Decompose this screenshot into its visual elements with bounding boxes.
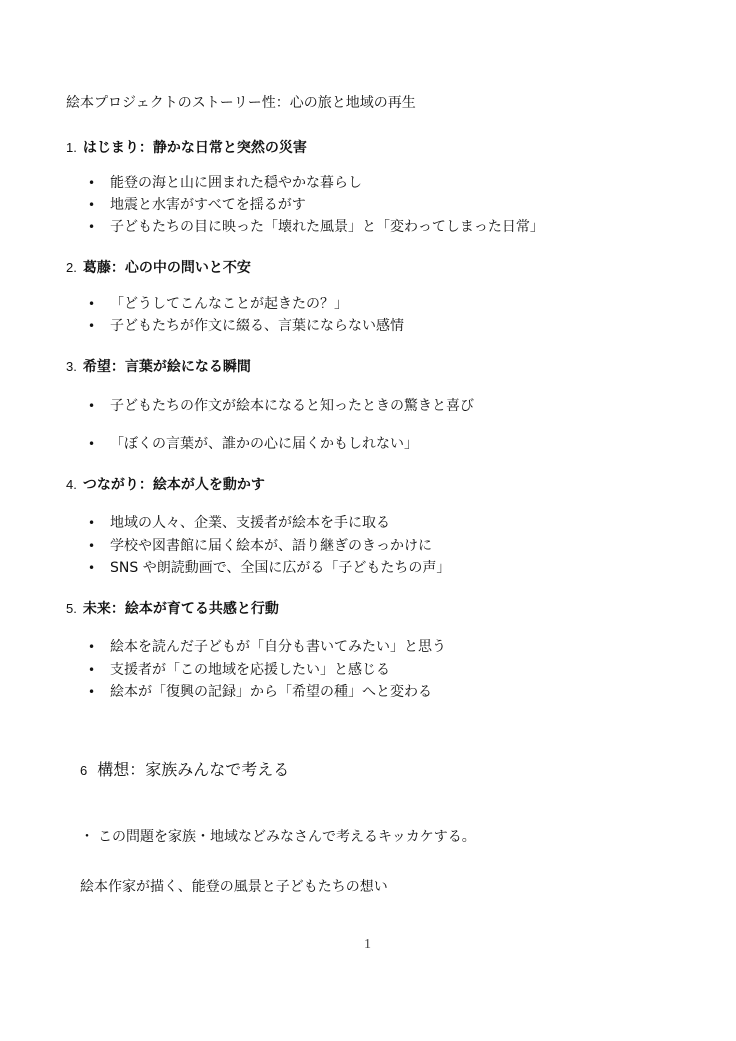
section-number: 5. xyxy=(66,601,77,616)
list-item-text: 地震と水害がすべてを揺るがす xyxy=(110,197,306,213)
section-4-heading: 4.つながり：絵本が人を動かす xyxy=(66,474,265,494)
bullet-icon: • xyxy=(88,297,110,311)
list-item: •SNS や朗読動画で、全国に広がる「子どもたちの声」 xyxy=(88,557,450,577)
section-number: 1. xyxy=(66,140,77,155)
section-6-heading: 6構想：家族みんなで考える xyxy=(80,757,289,780)
caption-text: 絵本作家が描く、能登の風景と子どもたちの想い xyxy=(80,876,388,896)
section-heading-text: 未来：絵本が育てる共感と行動 xyxy=(83,601,279,617)
list-item-text: SNS や朗読動画で、全国に広がる「子どもたちの声」 xyxy=(110,560,450,576)
list-item-text: 子どもたちが作文に綴る、言葉にならない感情 xyxy=(110,318,404,334)
section-heading-text: 希望：言葉が絵になる瞬間 xyxy=(83,359,251,375)
bullet-icon: • xyxy=(88,399,110,413)
list-item-text: 能登の海と山に囲まれた穏やかな暮らし xyxy=(110,175,362,191)
list-item-text: 学校や図書館に届く絵本が、語り継ぎのきっかけに xyxy=(110,538,432,554)
list-item-text: 「どうしてこんなことが起きたの？」 xyxy=(110,296,348,312)
document-page: 絵本プロジェクトのストーリー性：心の旅と地域の再生 1.はじまり：静かな日常と突… xyxy=(0,0,736,1041)
bullet-icon: • xyxy=(88,685,110,699)
list-item: •支援者が「この地域を応援したい」と感じる xyxy=(88,659,390,679)
bullet-icon: • xyxy=(88,561,110,575)
list-item: •能登の海と山に囲まれた穏やかな暮らし xyxy=(88,172,362,192)
section-1-heading: 1.はじまり：静かな日常と突然の災害 xyxy=(66,137,307,157)
list-item-text: 子どもたちの目に映った「壊れた風景」と「変わってしまった日常」 xyxy=(110,219,544,235)
bullet-icon: • xyxy=(88,198,110,212)
section-heading-text: 構想：家族みんなで考える xyxy=(97,760,289,779)
list-item: •学校や図書館に届く絵本が、語り継ぎのきっかけに xyxy=(88,535,432,555)
section-heading-text: つながり：絵本が人を動かす xyxy=(83,477,265,493)
list-item-text: 支援者が「この地域を応援したい」と感じる xyxy=(110,662,390,678)
bullet-icon: • xyxy=(88,516,110,530)
section-number: 4. xyxy=(66,477,77,492)
section-heading-text: はじまり：静かな日常と突然の災害 xyxy=(83,140,307,156)
list-item: •地域の人々、企業、支援者が絵本を手に取る xyxy=(88,512,390,532)
list-item-text: 「ぼくの言葉が、誰かの心に届くかもしれない」 xyxy=(110,436,418,452)
list-item-text: 絵本が「復興の記録」から「希望の種」へと変わる xyxy=(110,684,432,700)
bullet-icon: • xyxy=(88,640,110,654)
list-item: •子どもたちの目に映った「壊れた風景」と「変わってしまった日常」 xyxy=(88,216,544,236)
list-item: •地震と水害がすべてを揺るがす xyxy=(88,194,306,214)
section-2-heading: 2.葛藤：心の中の問いと不安 xyxy=(66,257,251,277)
note-text: この問題を家族・地域などみなさんで考えるキッカケする。 xyxy=(98,829,476,845)
list-item-text: 絵本を読んだ子どもが「自分も書いてみたい」と思う xyxy=(110,639,446,655)
page-number: 1 xyxy=(364,937,371,953)
section-number: 6 xyxy=(80,763,87,778)
list-item: •「どうしてこんなことが起きたの？」 xyxy=(88,293,348,313)
list-item: •絵本を読んだ子どもが「自分も書いてみたい」と思う xyxy=(88,636,446,656)
section-3-heading: 3.希望：言葉が絵になる瞬間 xyxy=(66,356,251,376)
list-item: •「ぼくの言葉が、誰かの心に届くかもしれない」 xyxy=(88,433,418,453)
bullet-icon: • xyxy=(88,319,110,333)
bullet-icon: ・ xyxy=(80,826,98,846)
list-item: •子どもたちの作文が絵本になると知ったときの驚きと喜び xyxy=(88,395,474,415)
bullet-icon: • xyxy=(88,220,110,234)
list-item-text: 地域の人々、企業、支援者が絵本を手に取る xyxy=(110,515,390,531)
list-item-text: 子どもたちの作文が絵本になると知ったときの驚きと喜び xyxy=(110,398,474,414)
bullet-icon: • xyxy=(88,437,110,451)
note-line: ・この問題を家族・地域などみなさんで考えるキッカケする。 xyxy=(80,826,476,846)
bullet-icon: • xyxy=(88,176,110,190)
section-number: 3. xyxy=(66,359,77,374)
section-number: 2. xyxy=(66,260,77,275)
bullet-icon: • xyxy=(88,663,110,677)
section-heading-text: 葛藤：心の中の問いと不安 xyxy=(83,260,251,276)
list-item: •絵本が「復興の記録」から「希望の種」へと変わる xyxy=(88,681,432,701)
section-5-heading: 5.未来：絵本が育てる共感と行動 xyxy=(66,598,279,618)
document-title: 絵本プロジェクトのストーリー性：心の旅と地域の再生 xyxy=(66,92,416,112)
bullet-icon: • xyxy=(88,539,110,553)
list-item: •子どもたちが作文に綴る、言葉にならない感情 xyxy=(88,315,404,335)
